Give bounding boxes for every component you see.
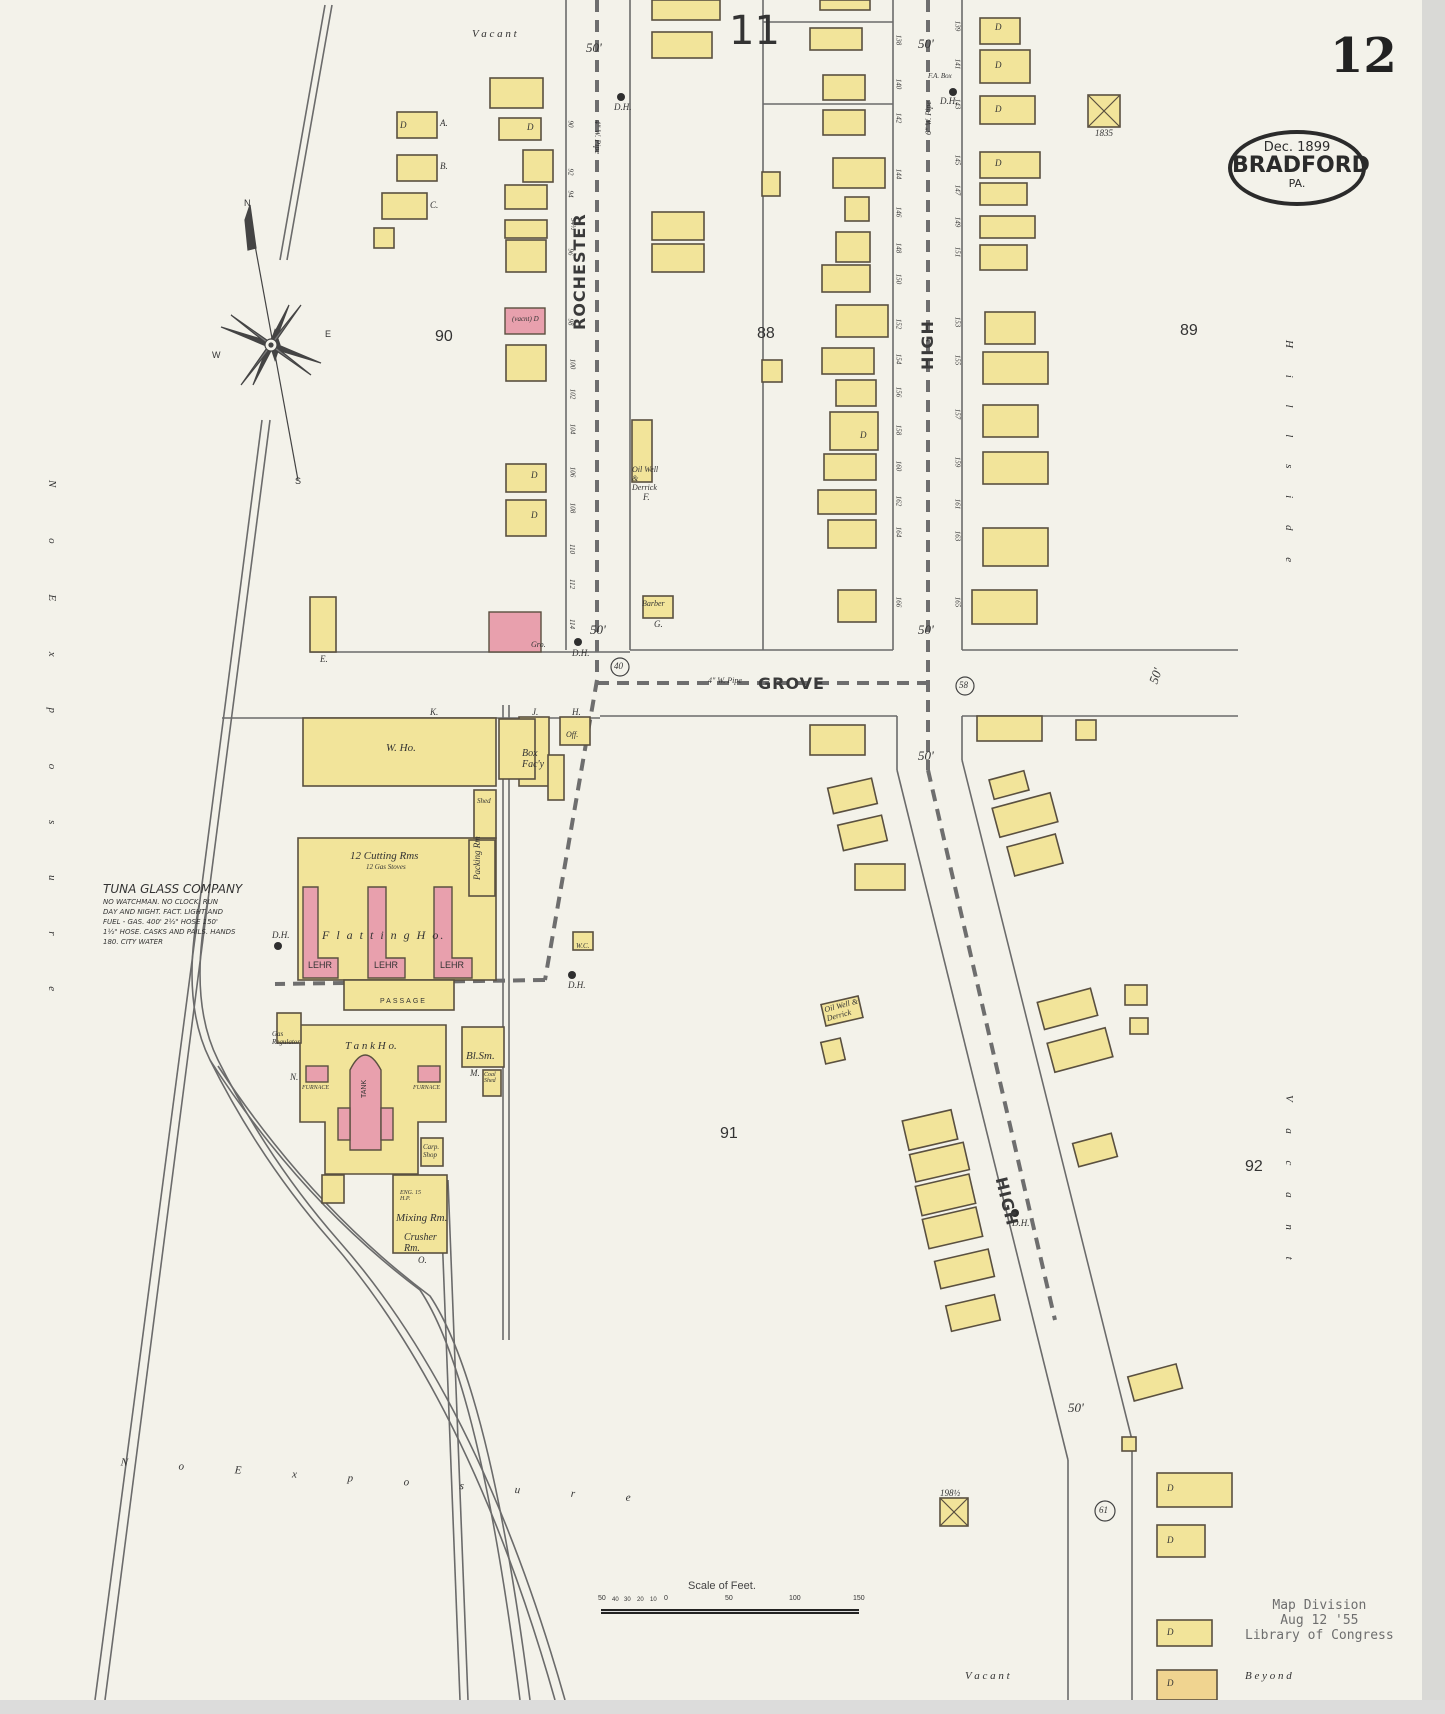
house-number: 110 bbox=[568, 544, 576, 554]
label-crusher-room: Crusher Rm. bbox=[404, 1232, 444, 1254]
area-label-hillside: H i l l s i d e bbox=[1283, 340, 1295, 574]
house-number: 157 bbox=[953, 409, 961, 420]
house-number: 146 bbox=[894, 207, 902, 218]
label-shed: Shed bbox=[477, 797, 491, 805]
house-number: 112 bbox=[568, 579, 576, 589]
street-label-high-north: HIGH bbox=[918, 320, 937, 370]
scale-tick: 50 bbox=[598, 1595, 606, 1602]
hydrant-circle-number: 58 bbox=[959, 680, 968, 690]
label-blacksmith: Bl.Sm. bbox=[466, 1050, 495, 1062]
house-number: 154 bbox=[894, 354, 902, 365]
compass-north: N bbox=[244, 198, 251, 208]
label-vacant-dwelling: (vacnt) D bbox=[512, 315, 539, 323]
block-number: 92 bbox=[1245, 1158, 1263, 1176]
street-width: 50' bbox=[586, 40, 602, 56]
lot-letter: B. bbox=[440, 161, 448, 171]
house-number: 94½ bbox=[569, 218, 577, 230]
scale-tick: 20 bbox=[637, 1597, 644, 1603]
map-linework bbox=[0, 0, 1445, 1714]
hydrant-label: D.H. bbox=[568, 980, 586, 990]
lot-letter: H. bbox=[572, 707, 581, 717]
sheet-number: 12 bbox=[1330, 28, 1397, 84]
house-number: 164 bbox=[894, 527, 902, 538]
stamp-line: Aug 12 '55 bbox=[1245, 1613, 1394, 1628]
label-barber: Barber bbox=[642, 599, 665, 608]
house-number: 140 bbox=[894, 79, 902, 90]
cartouche-state: PA. bbox=[1232, 177, 1362, 190]
label-passage: PASSAGE bbox=[380, 998, 427, 1005]
library-stamp: Map Division Aug 12 '55 Library of Congr… bbox=[1245, 1598, 1394, 1643]
dwelling-label: D bbox=[1167, 1483, 1174, 1493]
dwelling-label: D bbox=[1167, 1678, 1174, 1688]
label-tank-house: T a n k H o. bbox=[345, 1040, 397, 1052]
house-number: 160 bbox=[894, 461, 902, 472]
house-number: 138 bbox=[894, 35, 902, 46]
note-line: 1½" HOSE. CASKS AND PAILS. HANDS bbox=[103, 927, 235, 937]
house-number: 156 bbox=[894, 387, 902, 398]
pipe-label-grove: 4" W. Pipe bbox=[708, 676, 742, 685]
house-number: 144 bbox=[894, 169, 902, 180]
house-number: 150 bbox=[894, 274, 902, 285]
label-furnace: FURNACE bbox=[413, 1085, 440, 1091]
hydrant-label: D.H. bbox=[1012, 1218, 1030, 1228]
label-gas-regulator: Gas Regulator bbox=[272, 1030, 312, 1046]
dwelling-label: D bbox=[531, 510, 538, 520]
dwelling-label: D bbox=[995, 158, 1002, 168]
house-number: 141 bbox=[953, 59, 961, 70]
dwelling-label: D bbox=[1167, 1627, 1174, 1637]
pipe-label-high: 6" W. Pipe bbox=[924, 101, 933, 135]
lot-letter: O. bbox=[418, 1255, 427, 1265]
scale-tick: 150 bbox=[853, 1595, 865, 1602]
area-label-beyond: B e y o n d bbox=[1245, 1670, 1292, 1682]
area-label-vacant: V a c a n t bbox=[965, 1670, 1010, 1682]
lot-letter: A. bbox=[440, 118, 448, 128]
area-label-vacant-right: V a c a n t bbox=[1283, 1095, 1295, 1272]
house-number: 104 bbox=[568, 424, 576, 435]
house-number: 165 bbox=[953, 597, 961, 608]
label-office: Off. bbox=[566, 730, 578, 739]
note-line: NO WATCHMAN. NO CLOCK. RUN bbox=[103, 897, 235, 907]
compass-west: W bbox=[212, 350, 221, 360]
lot-letter: G. bbox=[654, 619, 663, 629]
compass-south: S bbox=[295, 476, 301, 486]
street-label-rochester: ROCHESTER bbox=[570, 213, 589, 330]
lot-letter: M. bbox=[470, 1068, 480, 1078]
house-number: 142 bbox=[894, 113, 902, 124]
lot-letter: J. bbox=[532, 707, 538, 717]
block-number: 90 bbox=[435, 328, 453, 346]
house-number: 90 bbox=[567, 121, 575, 128]
lot-letter: E. bbox=[320, 654, 328, 664]
block-number: 88 bbox=[757, 325, 775, 343]
house-number: 139 bbox=[953, 21, 961, 32]
house-number: 153 bbox=[953, 317, 961, 328]
label-mixing-room: Mixing Rm. bbox=[396, 1212, 447, 1224]
house-number: 114 bbox=[568, 619, 576, 629]
lot-letter: K. bbox=[430, 707, 438, 717]
house-number: 152 bbox=[894, 319, 902, 330]
label-coal-shed: Coal Shed bbox=[484, 1072, 502, 1084]
adjacent-sheet-number: 11 bbox=[729, 8, 780, 54]
house-number: 151 bbox=[953, 247, 961, 258]
label-box-factory: Box Fac'y bbox=[522, 748, 550, 770]
page-bottom-edge bbox=[0, 1700, 1445, 1714]
cartouche-city: BRADFORD bbox=[1232, 155, 1362, 177]
street-width: 50' bbox=[1068, 1400, 1084, 1416]
house-number: 96 bbox=[567, 249, 575, 256]
label-furnace: FURNACE bbox=[302, 1085, 329, 1091]
label-carpenter-shop: Carp. Shop bbox=[423, 1143, 445, 1159]
house-number: 94 bbox=[567, 191, 575, 198]
label-flatting-house: F l a t t i n g H o. bbox=[322, 928, 445, 943]
house-number: 159 bbox=[953, 457, 961, 468]
house-number: 155 bbox=[953, 355, 961, 366]
street-width: 50' bbox=[918, 622, 934, 638]
street-width: 50' bbox=[918, 36, 934, 52]
house-number: 145 bbox=[953, 155, 961, 166]
house-number: 102 bbox=[568, 389, 576, 400]
label-oil-well: Oil Well & Derrick bbox=[632, 465, 662, 492]
title-cartouche: Dec. 1899 BRADFORD PA. bbox=[1228, 130, 1366, 206]
house-number: 143 bbox=[953, 99, 961, 110]
hydrant-label: D.H. bbox=[572, 648, 590, 658]
compass-east: E bbox=[325, 329, 331, 339]
note-line: FUEL - GAS. 400' 2½" HOSE 150' bbox=[103, 917, 235, 927]
house-number: 163 bbox=[953, 531, 961, 542]
area-label-vacant: V a c a n t bbox=[472, 28, 517, 40]
dwelling-label: D bbox=[860, 430, 867, 440]
label-grocery: Gro. bbox=[531, 640, 546, 649]
label-packing-room: Packing Rm bbox=[472, 836, 482, 880]
label-lehr: LEHR bbox=[440, 960, 464, 970]
house-number: 161 bbox=[953, 499, 961, 510]
dwelling-label: D bbox=[995, 104, 1002, 114]
house-number: 148 bbox=[894, 243, 902, 254]
label-wc: W.C. bbox=[576, 942, 589, 950]
stamp-line: Map Division bbox=[1245, 1598, 1394, 1613]
dwelling-label: D bbox=[1167, 1535, 1174, 1545]
dwelling-label: D bbox=[400, 120, 407, 130]
scale-tick: 100 bbox=[789, 1595, 801, 1602]
dwelling-label: D bbox=[527, 122, 534, 132]
label-lehr: LEHR bbox=[308, 960, 332, 970]
lot-letter: C. bbox=[430, 200, 438, 210]
scale-title: Scale of Feet. bbox=[688, 1580, 756, 1592]
scale-tick: 0 bbox=[664, 1595, 668, 1602]
label-lehr: LEHR bbox=[374, 960, 398, 970]
house-number: 92 bbox=[567, 169, 575, 176]
scale-tick: 50 bbox=[725, 1595, 733, 1602]
dwelling-label: D bbox=[531, 470, 538, 480]
house-number: 166 bbox=[894, 597, 902, 608]
stamp-line: Library of Congress bbox=[1245, 1628, 1394, 1643]
note-line: DAY AND NIGHT. FACT. LIGHT AND bbox=[103, 907, 235, 917]
dwelling-label: D bbox=[995, 60, 1002, 70]
house-number: 100 bbox=[568, 359, 576, 370]
lot-number: 198½ bbox=[940, 1488, 960, 1498]
label-cutting-rooms: 12 Cutting Rms bbox=[350, 850, 418, 862]
fire-alarm-box-label: F.A. Box bbox=[928, 72, 952, 80]
area-label-no-exposure: N o E x p o s u r e bbox=[46, 480, 58, 1015]
label-warehouse: W. Ho. bbox=[386, 742, 416, 754]
hydrant-circle-number: 61 bbox=[1099, 1505, 1108, 1515]
house-number: 108 bbox=[568, 503, 576, 514]
lot-letter: F. bbox=[643, 492, 650, 502]
hydrant-circle-number: 40 bbox=[614, 661, 623, 671]
street-label-grove: GROVE bbox=[758, 674, 825, 693]
house-number: 158 bbox=[894, 425, 902, 436]
note-line: 180. CITY WATER bbox=[103, 937, 235, 947]
house-number: 149 bbox=[953, 217, 961, 228]
scale-tick: 40 bbox=[612, 1597, 619, 1603]
company-name: TUNA GLASS COMPANY bbox=[103, 882, 242, 896]
house-number: 106 bbox=[568, 467, 576, 478]
label-gas-stoves: 12 Gas Stoves bbox=[366, 863, 406, 871]
scale-tick: 10 bbox=[650, 1597, 657, 1603]
house-number: 98 bbox=[567, 319, 575, 326]
lot-letter: N. bbox=[290, 1072, 298, 1082]
block-number: 89 bbox=[1180, 322, 1198, 340]
pipe-label-rochester: 4" W. Pipe bbox=[593, 120, 602, 154]
label-tank: TANK bbox=[361, 1080, 368, 1098]
house-number: 147 bbox=[953, 185, 961, 196]
lot-number: 1835 bbox=[1095, 128, 1113, 138]
hydrant-label: D.H. bbox=[614, 102, 632, 112]
street-width: 50' bbox=[590, 622, 606, 638]
company-notes: NO WATCHMAN. NO CLOCK. RUN DAY AND NIGHT… bbox=[103, 897, 235, 947]
dwelling-label: D bbox=[995, 22, 1002, 32]
hydrant-label: D.H. bbox=[272, 930, 290, 940]
street-width: 50' bbox=[918, 748, 934, 764]
house-number: 162 bbox=[894, 496, 902, 507]
block-number: 91 bbox=[720, 1125, 738, 1143]
label-engine: ENG. 15 H.P. bbox=[400, 1190, 424, 1202]
scale-tick: 30 bbox=[624, 1597, 631, 1603]
